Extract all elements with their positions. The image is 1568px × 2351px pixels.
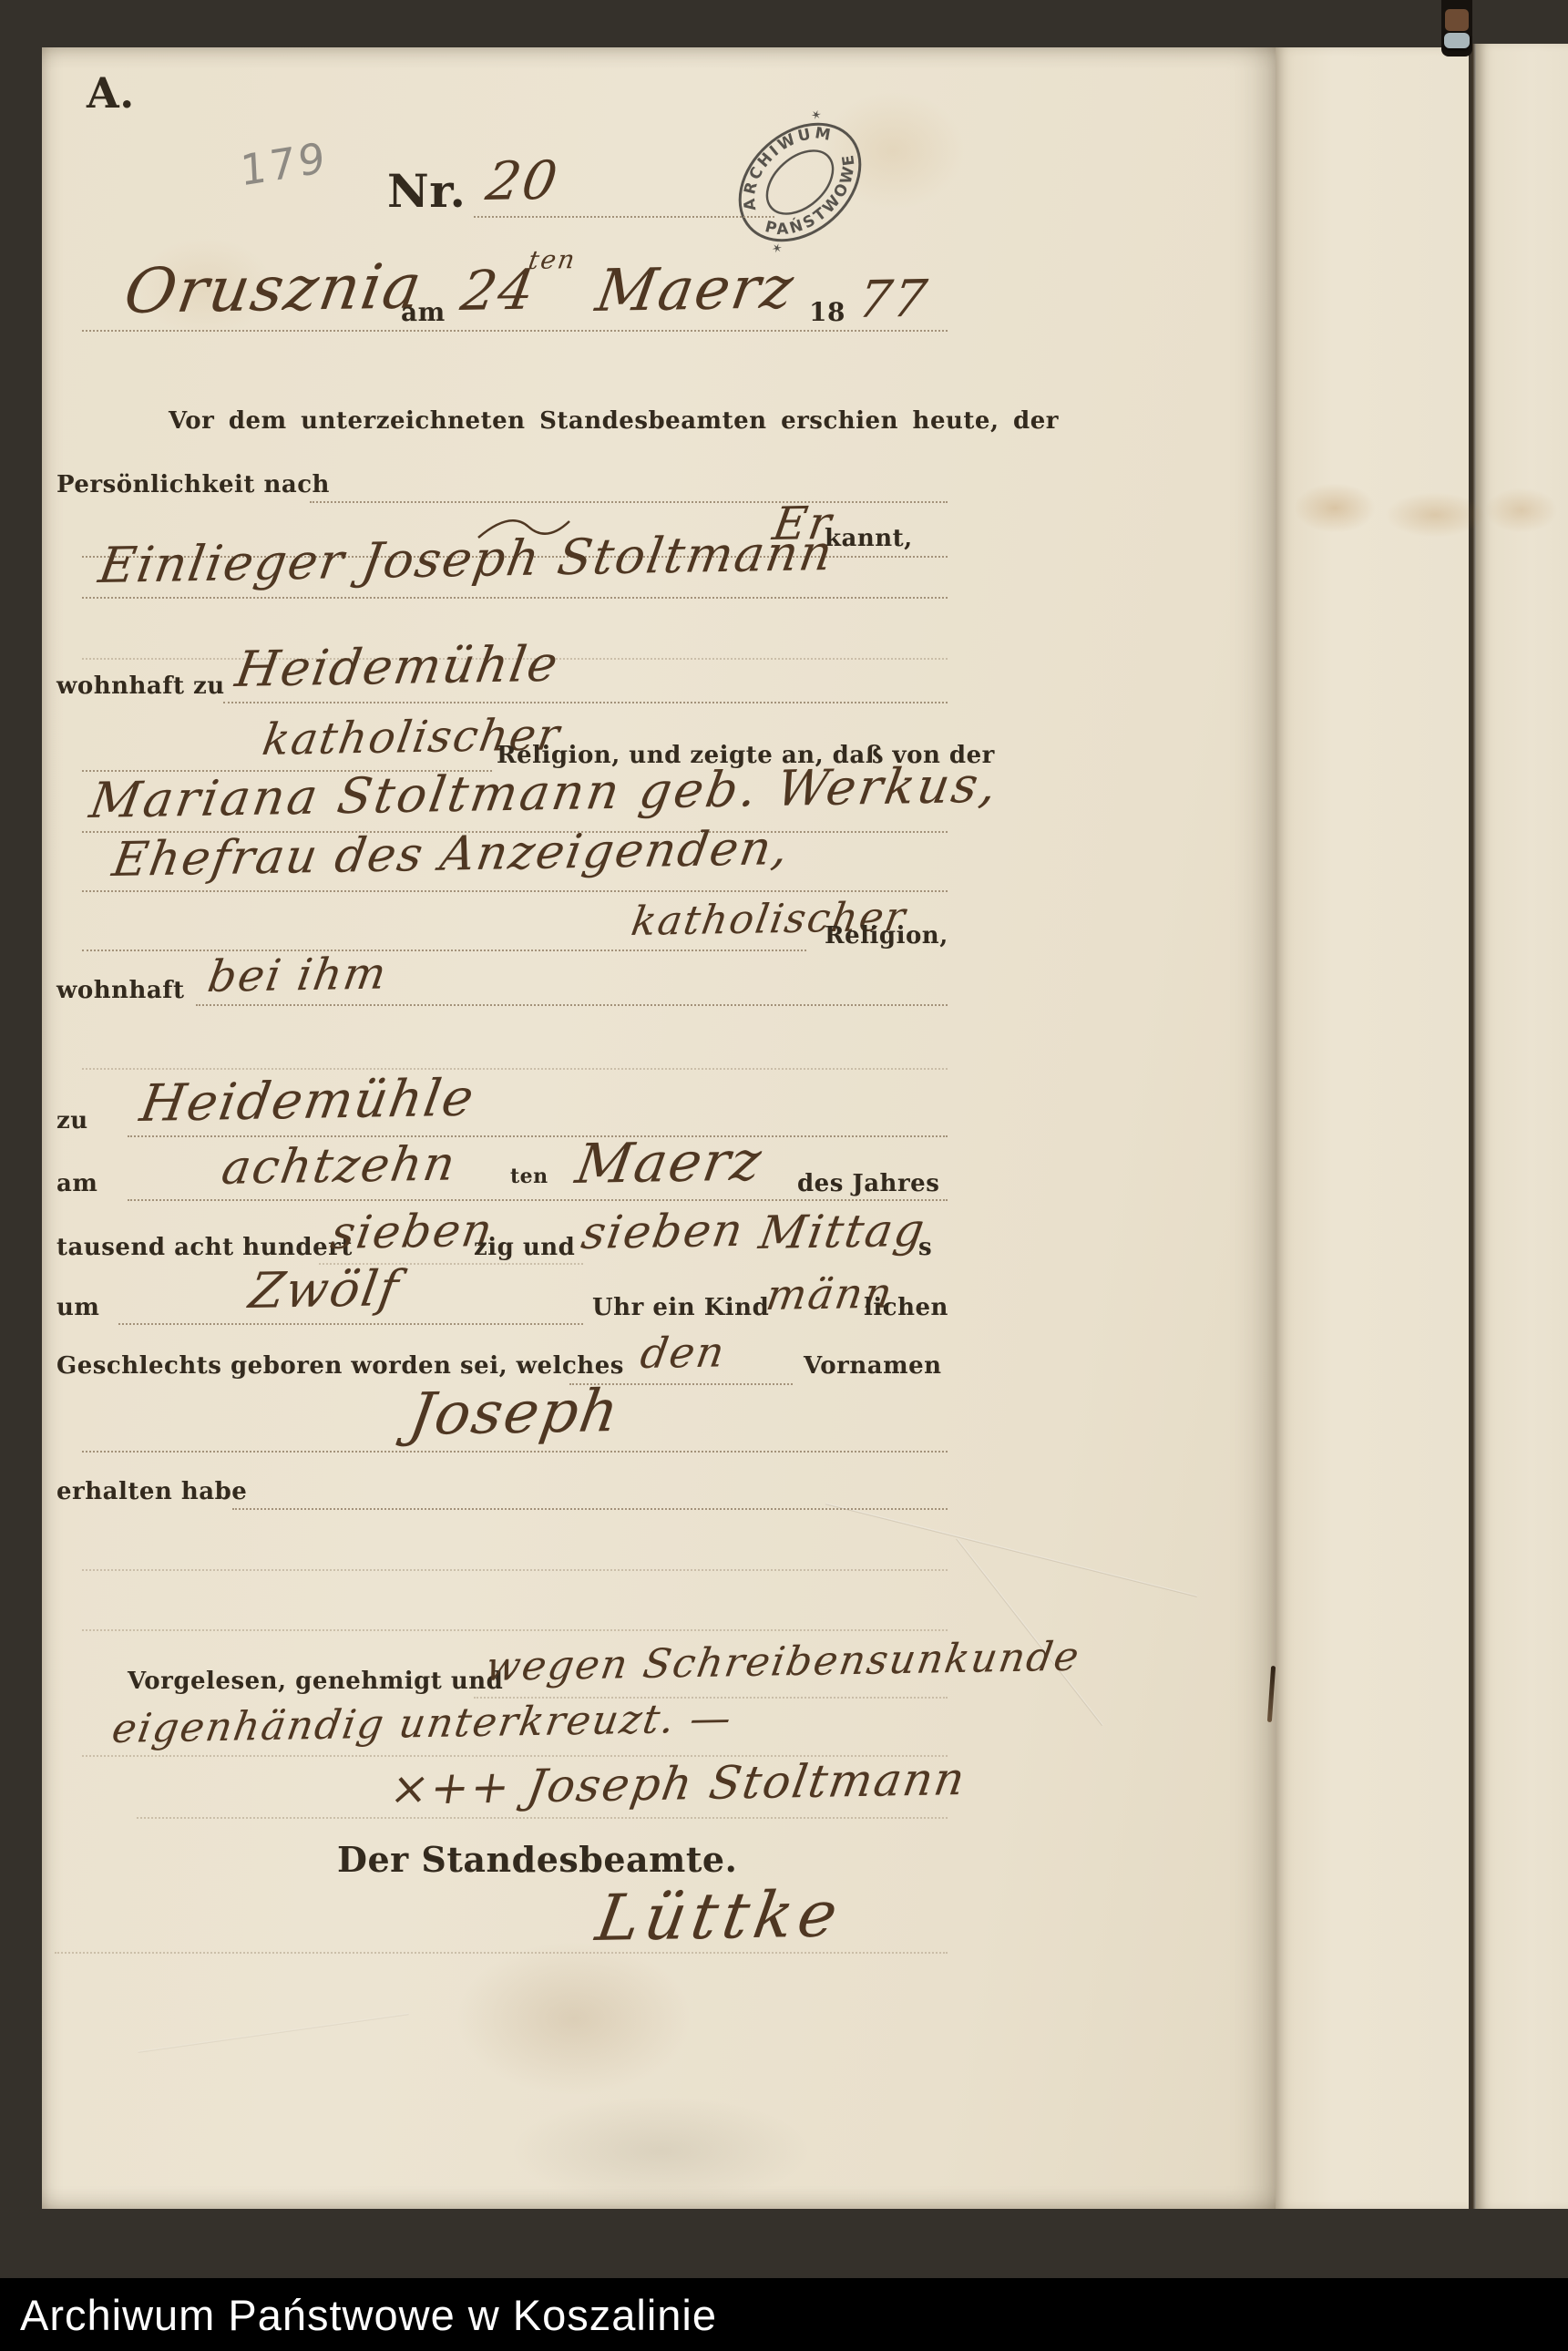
vornamen-label: Vornamen [804, 1354, 942, 1378]
dotted-line [82, 330, 948, 332]
dotted-line [196, 1004, 948, 1006]
binding-cord [1445, 9, 1469, 31]
dotted-line [82, 597, 948, 599]
birth-day: achtzehn [219, 1141, 460, 1192]
nr-value: 20 [483, 154, 562, 208]
dotted-line [82, 950, 806, 951]
registrar-signature: Lüttke [592, 1882, 847, 1950]
residence-2: Heidemühle [137, 1073, 478, 1130]
kannt-printed: kannt, [825, 527, 913, 550]
dotted-line [118, 1323, 583, 1325]
pencil-page-number: 179 [239, 136, 328, 191]
paper-stain [456, 1941, 692, 2096]
uhr-ein-kind-label: Uhr ein Kind [592, 1296, 769, 1319]
um-label: um [56, 1296, 99, 1319]
far-page-edge [1476, 44, 1568, 2209]
year-hand: 77 [855, 274, 931, 326]
declarant-marks-name: ×++ Joseph Stoltmann [387, 1756, 969, 1812]
dotted-line [137, 1817, 948, 1819]
dotted-line [128, 1199, 948, 1201]
year-word-2: sieben [579, 1207, 748, 1256]
reason-hand: wegen Schreibensunkunde [483, 1637, 1083, 1688]
bei-ihm-hand: bei ihm [205, 952, 391, 999]
zig-und-label: zig und [474, 1236, 575, 1259]
mittag-s-printed: s [918, 1236, 932, 1259]
den-hand: den [638, 1330, 729, 1374]
birth-month: Maerz [572, 1134, 766, 1192]
religion-2-printed: Religion, [825, 924, 948, 948]
dotted-line [82, 1451, 948, 1453]
intro-line: Vor dem unterzeichneten Standesbeamten e… [169, 409, 1059, 433]
mother-relation: Ehefrau des Anzeigenden, [109, 825, 794, 884]
child-name: Joseph [405, 1382, 624, 1444]
tausend-label: tausend acht hundert [56, 1236, 353, 1259]
ten-printed: ten [510, 1166, 548, 1186]
des-jahres-label: des Jahres [797, 1172, 939, 1196]
paper-stain [1485, 488, 1558, 533]
century-printed: 18 [809, 300, 845, 325]
mittag-hand: Mittag [756, 1207, 929, 1256]
declarant-name: Einlieger Joseph Stoltmann [96, 529, 837, 590]
dotted-line [232, 1508, 948, 1510]
dotted-line [82, 890, 948, 892]
residence-1: Heidemühle [232, 640, 562, 694]
dotted-line [82, 1629, 948, 1631]
wohnhaft-label: wohnhaft [56, 979, 184, 1002]
gender-printed: lichen [864, 1296, 948, 1319]
dotted-line [55, 1952, 948, 1954]
nr-label: Nr. [387, 169, 466, 214]
year-word-1: sieben [328, 1207, 497, 1256]
stamp-star-icon: ✶ [808, 107, 825, 125]
month-value: Maerz [592, 259, 799, 321]
day-suffix: ten [527, 247, 578, 273]
registrar-label: Der Standesbeamte. [337, 1843, 737, 1877]
place-name: Orusznia [120, 256, 427, 323]
dotted-line [310, 501, 948, 503]
archive-stamp: ARCHIWUM PAŃSTWOWE ✶ ✶ [713, 100, 886, 264]
dotted-line [82, 1569, 948, 1571]
archive-caption-bar: Archiwum Państwowe w Koszalinie [0, 2278, 1568, 2351]
dotted-line [128, 1135, 948, 1137]
page-fold [1469, 44, 1476, 2209]
dotted-line [82, 1068, 948, 1070]
erhalten-habe-label: erhalten habe [56, 1480, 247, 1504]
document-scan: ARCHIWUM PAŃSTWOWE ✶ ✶ A. 179 Nr. 20 Oru… [0, 0, 1568, 2351]
archive-caption: Archiwum Państwowe w Koszalinie [20, 2290, 717, 2340]
binding-thread [1444, 33, 1470, 48]
paper-stain [1385, 492, 1485, 538]
geschlechts-label: Geschlechts geboren worden sei, welches [56, 1354, 624, 1378]
dotted-line [223, 702, 948, 703]
am-label: am [401, 300, 446, 325]
persoenlichkeit-label: Persönlichkeit nach [56, 473, 330, 497]
vorgelesen-label: Vorgelesen, genehmigt und [128, 1669, 503, 1693]
paper-stain [510, 2096, 811, 2205]
dotted-line [474, 216, 774, 218]
form-letter: A. [87, 72, 135, 114]
hour-hand: Zwölf [246, 1264, 404, 1316]
wohnhaft-zu-label: wohnhaft zu [56, 674, 225, 698]
zu-label: zu [56, 1109, 88, 1133]
adjacent-page [1276, 47, 1469, 2209]
unterkreuzt-hand: eigenhändig unterkreuzt. — [109, 1699, 735, 1750]
paper-stain [1294, 483, 1376, 533]
am-label-2: am [56, 1172, 97, 1196]
